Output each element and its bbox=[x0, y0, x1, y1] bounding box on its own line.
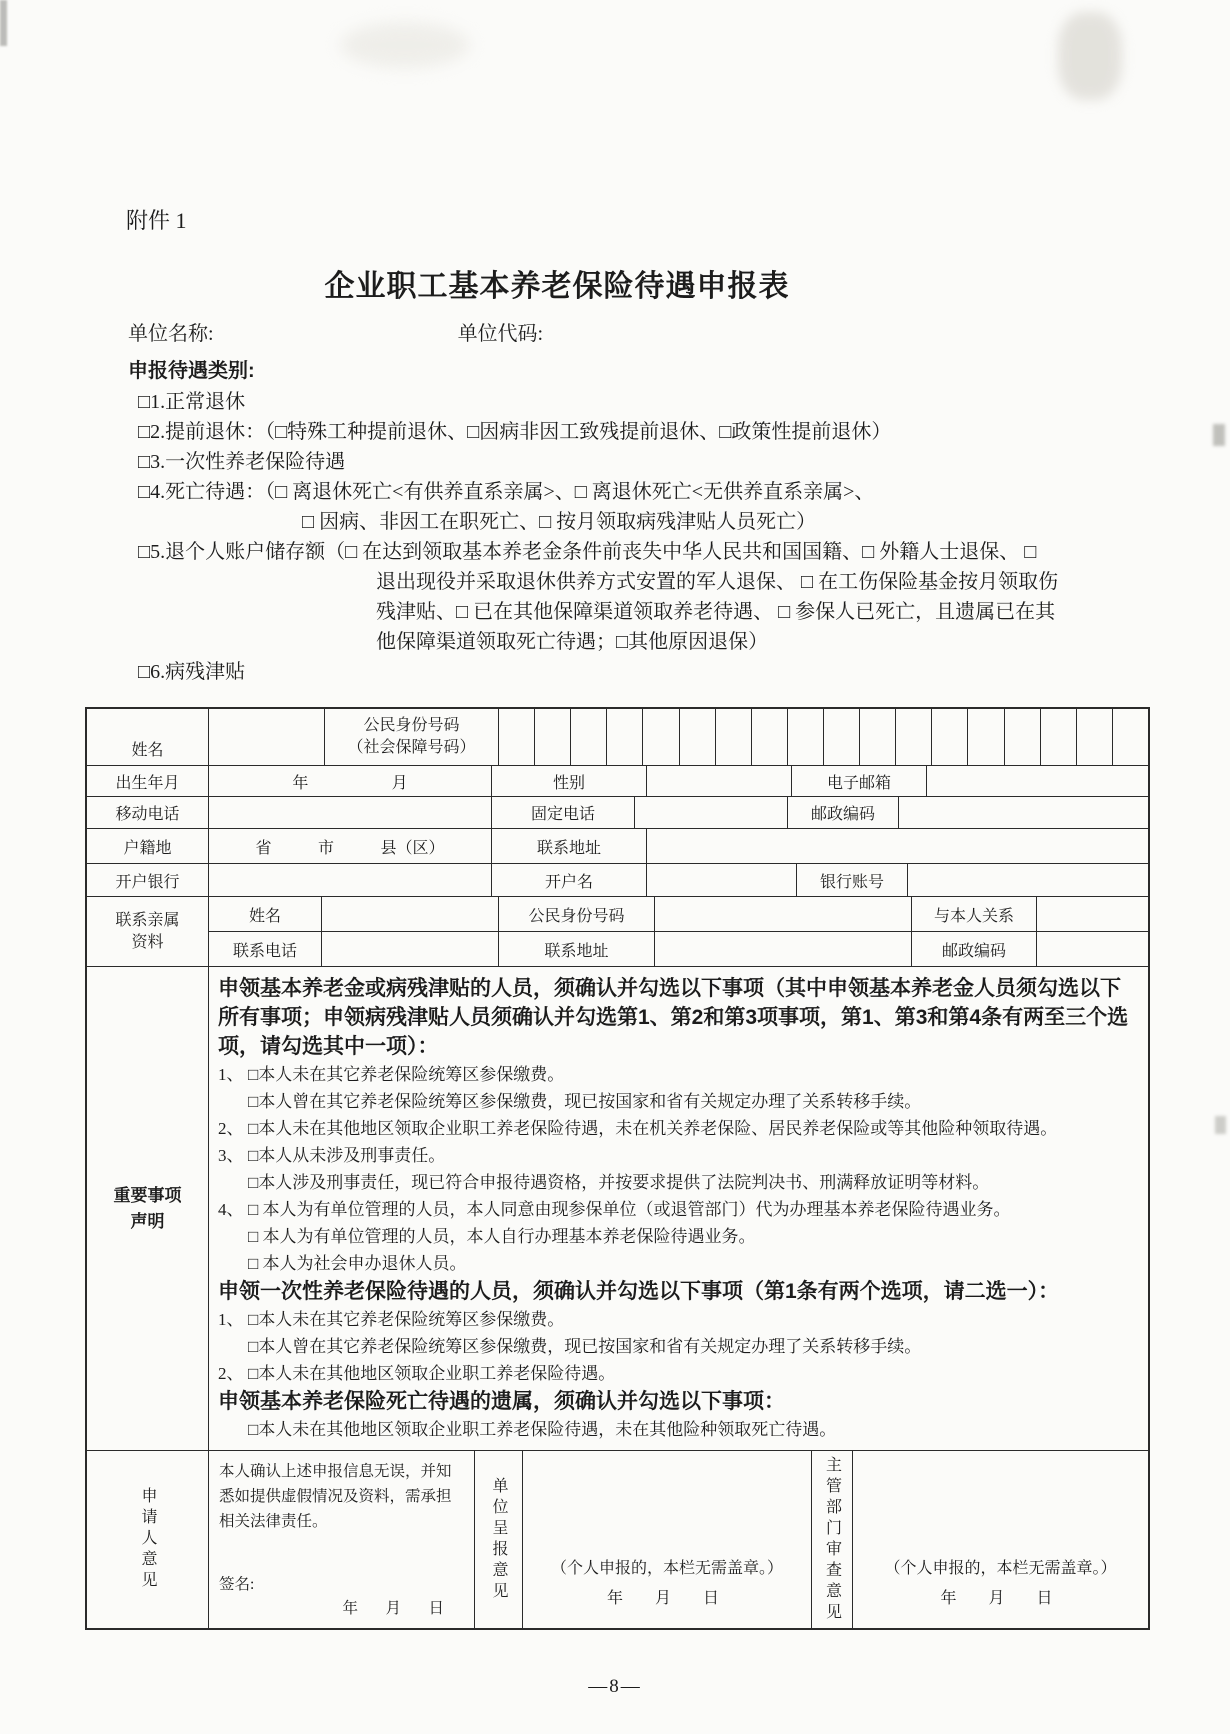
relative-name-value-cell bbox=[322, 897, 499, 931]
unit-date-line: 年 月 日 bbox=[607, 1584, 727, 1614]
contact-address-label: 联系地址 bbox=[492, 829, 647, 863]
id-digit-cell bbox=[607, 709, 643, 765]
id-digit-cell bbox=[1041, 709, 1077, 765]
id-digit-cell bbox=[824, 709, 860, 765]
category-normal-retirement: □1.正常退休 bbox=[138, 387, 1230, 417]
decl-pension-header: 申领基本养老金或病残津贴的人员，须确认并勾选以下事项（其中申领基本养老金人员须勾… bbox=[218, 974, 1140, 1061]
residence-label: 户籍地 bbox=[87, 829, 209, 863]
form-title: 企业职工基本养老保险待遇申报表 bbox=[325, 261, 790, 305]
relatives-header-line2: 资料 bbox=[131, 932, 163, 954]
id-digit-cell bbox=[1077, 709, 1113, 765]
decl-item: 1、□本人未在其它养老保险统筹区参保缴费。 bbox=[218, 1306, 1140, 1333]
signature-label: 签名: bbox=[219, 1572, 464, 1594]
unit-no-seal-note: （个人申报的，本栏无需盖章。） bbox=[551, 1554, 783, 1584]
contact-address-value-cell bbox=[647, 829, 1148, 863]
decl-checkbox-option: □本人未在其它养老保险统筹区参保缴费。 bbox=[248, 1061, 564, 1088]
city-hint: 市 bbox=[318, 835, 334, 858]
decl-checkbox-option: □ 本人为有单位管理的人员，本人自行办理基本养老保险待遇业务。 bbox=[218, 1223, 1140, 1250]
id-digit-cell bbox=[968, 709, 1004, 765]
relative-id-label: 公民身份号码 bbox=[499, 897, 655, 931]
category-death-benefit-cont: □ 因病、非因工在职死亡、□ 按月领取病残津贴人员死亡） bbox=[138, 507, 1230, 537]
mobile-label: 移动电话 bbox=[87, 797, 209, 828]
province-hint: 省 bbox=[255, 835, 271, 858]
id-digit-cell bbox=[1113, 709, 1148, 765]
decl-item: 3、□本人从未涉及刑事责任。 bbox=[218, 1142, 1140, 1169]
row-bank: 开户银行 开户名 银行账号 bbox=[87, 864, 1148, 897]
dept-date-line: 年 月 日 bbox=[940, 1584, 1060, 1614]
row-residence-address: 户籍地 省 市 县（区） 联系地址 bbox=[87, 829, 1148, 864]
row-relatives: 联系亲属 资料 姓名 公民身份号码 与本人关系 联系电话 联系地址 邮政编码 bbox=[87, 897, 1148, 967]
id-digit-cell bbox=[716, 709, 752, 765]
applicant-opinion-cell: 本人确认上述申报信息无误，并知悉如提供虚假情况及资料，需承担相关法律责任。 签名… bbox=[209, 1451, 475, 1628]
row-important-declaration: 重要事项 声明 申领基本养老金或病残津贴的人员，须确认并勾选以下事项（其中申领基… bbox=[87, 967, 1148, 1451]
decl-checkbox-option: □本人未在其他地区领取企业职工养老保险待遇，未在机关养老保险、居民养老保险或等其… bbox=[248, 1115, 1057, 1142]
category-account-refund-cont-1: 退出现役并采取退休供养方式安置的军人退保、 □ 在工伤保险基金按月领取伤 bbox=[138, 567, 1230, 597]
relative-phone-value-cell bbox=[322, 932, 499, 966]
relatives-header-line1: 联系亲属 bbox=[115, 910, 179, 932]
applicant-info-table: 姓名 公民身份号码 （社会保障号码） 出生年月 bbox=[85, 707, 1150, 1630]
mobile-value-cell bbox=[209, 797, 492, 828]
gender-label: 性别 bbox=[492, 766, 647, 796]
relative-address-value-cell bbox=[655, 932, 912, 966]
citizen-id-label-line1: 公民身份号码 bbox=[363, 715, 459, 737]
landline-label: 固定电话 bbox=[492, 797, 635, 828]
birth-label: 出生年月 bbox=[87, 766, 209, 796]
gender-value-cell bbox=[647, 766, 792, 796]
bank-value-cell bbox=[209, 864, 492, 896]
important-declaration-header-line1: 重要事项 bbox=[114, 1183, 182, 1209]
id-digit-cell bbox=[1005, 709, 1041, 765]
page-number: —8— bbox=[0, 1676, 1230, 1698]
category-section-label: 申报待遇类别: bbox=[128, 354, 1230, 383]
decl-item: 1、□本人未在其它养老保险统筹区参保缴费。 bbox=[218, 1061, 1140, 1088]
applicant-confirm-text: 本人确认上述申报信息无误，并知悉如提供虚假情况及资料，需承担相关法律责任。 bbox=[219, 1459, 464, 1534]
important-declaration-header-line2: 声明 bbox=[131, 1209, 165, 1235]
relative-relation-value-cell bbox=[1037, 897, 1148, 931]
row-name-id: 姓名 公民身份号码 （社会保障号码） bbox=[87, 709, 1148, 766]
bank-account-value-cell bbox=[908, 864, 1148, 896]
decl-checkbox-option: □本人曾在其它养老保险统筹区参保缴费，现已按国家和省有关规定办理了关系转移手续。 bbox=[218, 1333, 1140, 1360]
decl-item-number: 2、 bbox=[218, 1360, 248, 1387]
decl-item-number: 1、 bbox=[218, 1061, 248, 1088]
citizen-id-digit-cells bbox=[499, 709, 1148, 765]
scan-artifact-top-left bbox=[0, 0, 7, 46]
relatives-header: 联系亲属 资料 bbox=[87, 897, 209, 966]
relative-address-label: 联系地址 bbox=[499, 932, 655, 966]
decl-checkbox-option: □ 本人为有单位管理的人员，本人同意由现参保单位（或退管部门）代为办理基本养老保… bbox=[248, 1196, 1011, 1223]
relatives-grid: 姓名 公民身份号码 与本人关系 联系电话 联系地址 邮政编码 bbox=[209, 897, 1148, 966]
relative-id-value-cell bbox=[655, 897, 912, 931]
relative-relation-label: 与本人关系 bbox=[912, 897, 1037, 931]
category-account-refund-cont-2: 残津贴、□ 已在其他保障渠道领取养老待遇、 □ 参保人已死亡，且遗属已在其 bbox=[138, 597, 1230, 627]
decl-item-number: 2、 bbox=[218, 1115, 248, 1142]
citizen-id-label-line2: （社会保障号码） bbox=[347, 737, 475, 759]
name-value-cell bbox=[209, 709, 325, 765]
unit-opinion-cell: （个人申报的，本栏无需盖章。） 年 月 日 bbox=[523, 1451, 812, 1628]
postcode-value-cell bbox=[899, 797, 1148, 828]
residence-value-cell: 省 市 县（区） bbox=[209, 829, 492, 863]
attachment-label: 附件 1 bbox=[126, 204, 1230, 235]
relative-name-label: 姓名 bbox=[209, 897, 322, 931]
important-declaration-body: 申领基本养老金或病残津贴的人员，须确认并勾选以下事项（其中申领基本养老金人员须勾… bbox=[209, 967, 1148, 1450]
id-digit-cell bbox=[571, 709, 607, 765]
decl-death-benefit-header: 申领基本养老保险死亡待遇的遗属，须确认并勾选以下事项： bbox=[218, 1387, 1140, 1416]
decl-lump-sum-header: 申领一次性养老保险待遇的人员，须确认并勾选以下事项（第1条有两个选项，请二选一）… bbox=[218, 1277, 1140, 1306]
decl-checkbox-option: □本人未在其他地区领取企业职工养老保险待遇。 bbox=[248, 1360, 615, 1387]
bank-account-label: 银行账号 bbox=[797, 864, 908, 896]
decl-checkbox-option: □本人未在其他地区领取企业职工养老保险待遇，未在其他险种领取死亡待遇。 bbox=[218, 1416, 1140, 1443]
category-early-retirement: □2.提前退休：（□特殊工种提前退休、□因病非因工致残提前退休、□政策性提前退休… bbox=[138, 417, 1230, 447]
account-name-label: 开户名 bbox=[492, 864, 647, 896]
bank-label: 开户银行 bbox=[87, 864, 209, 896]
dept-no-seal-note: （个人申报的，本栏无需盖章。） bbox=[884, 1554, 1116, 1584]
decl-item: 2、□本人未在其他地区领取企业职工养老保险待遇，未在机关养老保险、居民养老保险或… bbox=[218, 1115, 1140, 1142]
id-digit-cell bbox=[860, 709, 896, 765]
email-label: 电子邮箱 bbox=[792, 766, 927, 796]
row-opinions: 申请人意见 本人确认上述申报信息无误，并知悉如提供虚假情况及资料，需承担相关法律… bbox=[87, 1451, 1148, 1628]
row-birth-gender-email: 出生年月 年 月 性别 电子邮箱 bbox=[87, 766, 1148, 797]
citizen-id-label: 公民身份号码 （社会保障号码） bbox=[325, 709, 499, 765]
month-hint: 月 bbox=[392, 770, 408, 793]
category-disability-allowance: □6.病残津贴 bbox=[138, 657, 1230, 687]
id-digit-cell bbox=[752, 709, 788, 765]
category-account-refund-cont-3: 他保障渠道领取死亡待遇；□其他原因退保） bbox=[138, 627, 1230, 657]
relative-phone-label: 联系电话 bbox=[209, 932, 322, 966]
scan-artifact-right-edge-2 bbox=[1215, 1116, 1226, 1134]
unit-opinion-header-text: 单位呈报意见 bbox=[487, 1477, 510, 1603]
relative-postcode-label: 邮政编码 bbox=[912, 932, 1037, 966]
scan-artifact-top-right bbox=[1058, 12, 1122, 100]
id-digit-cell bbox=[643, 709, 679, 765]
decl-checkbox-option: □本人未在其它养老保险统筹区参保缴费。 bbox=[248, 1306, 564, 1333]
row-phones-postcode: 移动电话 固定电话 邮政编码 bbox=[87, 797, 1148, 829]
decl-checkbox-option: □本人涉及刑事责任，现已符合申报待遇资格，并按要求提供了法院判决书、刑满释放证明… bbox=[218, 1169, 1140, 1196]
relatives-row-2: 联系电话 联系地址 邮政编码 bbox=[209, 932, 1148, 966]
county-hint: 县（区） bbox=[380, 835, 444, 858]
scan-artifact-cloud bbox=[340, 22, 470, 68]
relative-postcode-value-cell bbox=[1037, 932, 1148, 966]
category-lump-sum: □3.一次性养老保险待遇 bbox=[138, 447, 1230, 477]
category-account-refund: □5.退个人账户储存额（□ 在达到领取基本养老金条件前丧失中华人民共和国国籍、□… bbox=[138, 537, 1230, 567]
dept-opinion-header: 主管部门审查意见 bbox=[812, 1451, 853, 1628]
decl-item-number: 3、 bbox=[218, 1142, 248, 1169]
year-hint: 年 bbox=[292, 770, 308, 793]
email-value-cell bbox=[927, 766, 1148, 796]
id-digit-cell bbox=[535, 709, 571, 765]
name-label: 姓名 bbox=[87, 709, 209, 765]
relatives-row-1: 姓名 公民身份号码 与本人关系 bbox=[209, 897, 1148, 932]
id-digit-cell bbox=[499, 709, 535, 765]
dept-opinion-cell: （个人申报的，本栏无需盖章。） 年 月 日 bbox=[853, 1451, 1148, 1628]
postcode-label: 邮政编码 bbox=[788, 797, 899, 828]
important-declaration-header: 重要事项 声明 bbox=[87, 967, 209, 1450]
category-death-benefit: □4.死亡待遇：（□ 离退休死亡<有供养直系亲属>、□ 离退休死亡<无供养直系亲… bbox=[138, 477, 1230, 507]
decl-checkbox-option: □ 本人为社会申办退休人员。 bbox=[218, 1250, 1140, 1277]
unit-line: 单位名称: 单位代码: bbox=[128, 317, 1230, 346]
landline-value-cell bbox=[635, 797, 788, 828]
account-name-value-cell bbox=[647, 864, 797, 896]
decl-checkbox-option: □本人曾在其它养老保险统筹区参保缴费，现已按国家和省有关规定办理了关系转移手续。 bbox=[218, 1088, 1140, 1115]
decl-item-number: 1、 bbox=[218, 1306, 248, 1333]
id-digit-cell bbox=[788, 709, 824, 765]
category-list: □1.正常退休 □2.提前退休：（□特殊工种提前退休、□因病非因工致残提前退休、… bbox=[138, 387, 1230, 687]
dept-opinion-header-text: 主管部门审查意见 bbox=[821, 1456, 844, 1624]
applicant-opinion-header-text: 申请人意见 bbox=[136, 1487, 159, 1592]
applicant-opinion-header: 申请人意见 bbox=[87, 1451, 209, 1628]
id-digit-cell bbox=[680, 709, 716, 765]
decl-item: 2、□本人未在其他地区领取企业职工养老保险待遇。 bbox=[218, 1360, 1140, 1387]
unit-code-label: 单位代码: bbox=[458, 317, 544, 346]
unit-opinion-header: 单位呈报意见 bbox=[475, 1451, 523, 1628]
birth-value-cell: 年 月 bbox=[209, 766, 492, 796]
applicant-date-line: 年 月 日 bbox=[219, 1596, 464, 1618]
unit-name-label: 单位名称: bbox=[128, 317, 214, 346]
id-digit-cell bbox=[896, 709, 932, 765]
decl-checkbox-option: □本人从未涉及刑事责任。 bbox=[248, 1142, 445, 1169]
id-digit-cell bbox=[932, 709, 968, 765]
decl-item-number: 4、 bbox=[218, 1196, 248, 1223]
decl-item: 4、□ 本人为有单位管理的人员，本人同意由现参保单位（或退管部门）代为办理基本养… bbox=[218, 1196, 1140, 1223]
